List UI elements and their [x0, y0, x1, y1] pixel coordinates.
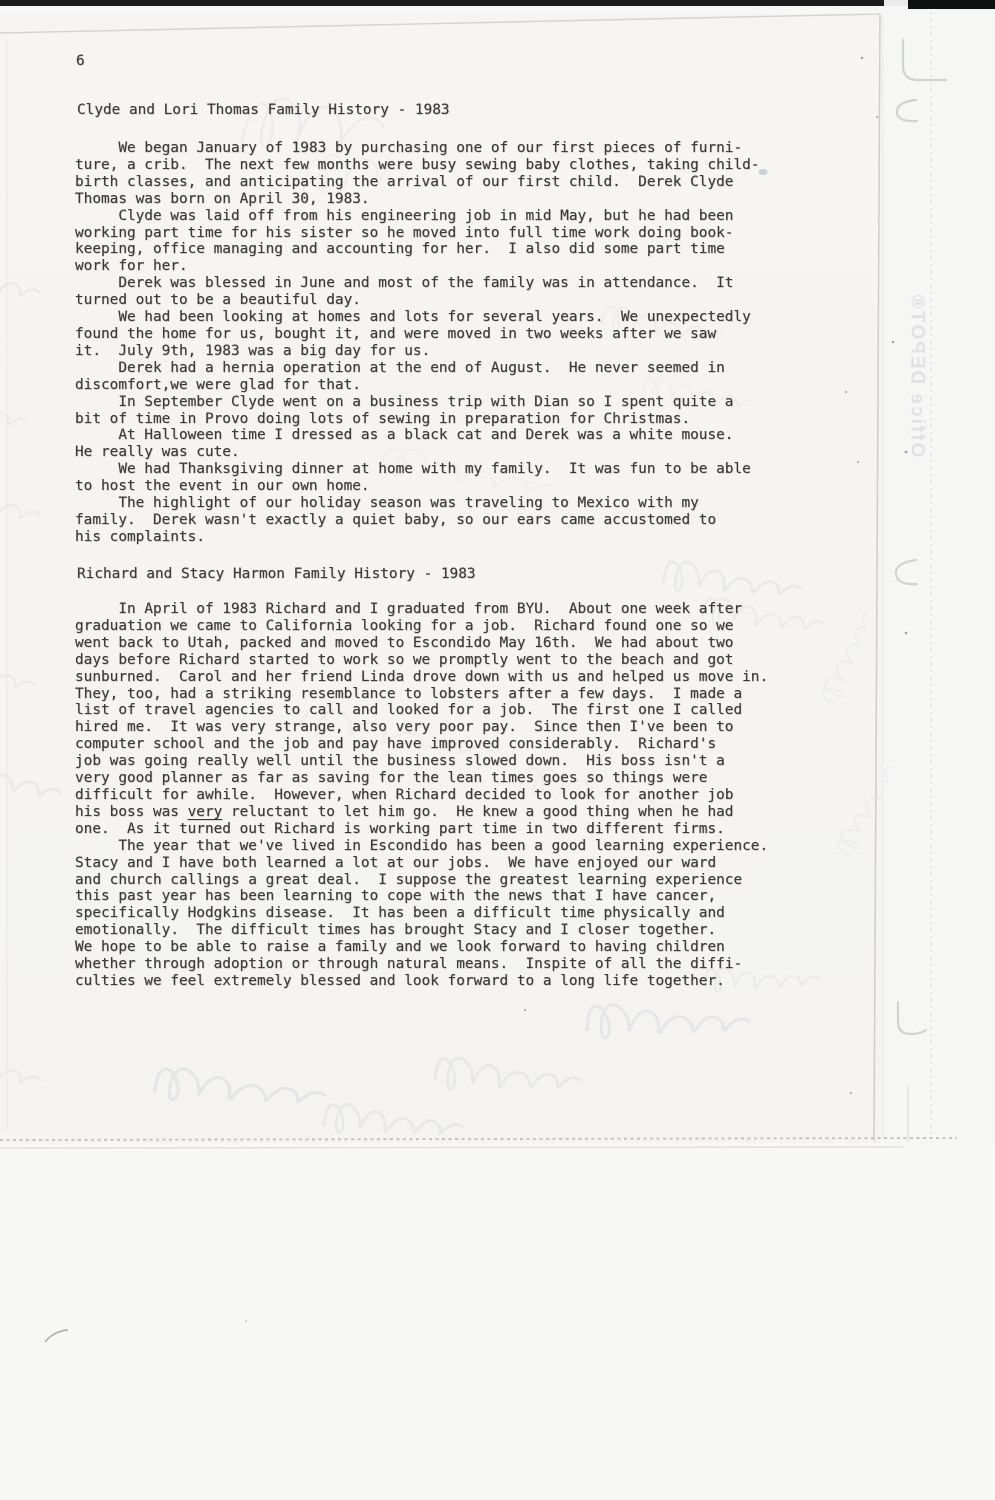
underlined-word: very: [188, 804, 223, 820]
section-title-harmon: Richard and Stacy Harmon Family History …: [77, 566, 476, 583]
section-body-harmon: In April of 1983 Richard and I graduated…: [75, 601, 768, 990]
area-below-perforation: [0, 1143, 995, 1500]
body-harmon-after: reluctant to let him go. He knew a good …: [75, 804, 768, 989]
body-harmon-before: In April of 1983 Richard and I graduated…: [75, 601, 768, 820]
section-body-thomas: We began January of 1983 by purchasing o…: [75, 140, 759, 546]
section-title-thomas: Clyde and Lori Thomas Family History - 1…: [77, 102, 450, 119]
scanner-edge-band: [0, 0, 995, 9]
page-number: 6: [76, 53, 85, 70]
scanned-document: { "page_number": "6", "watermark": "Offi…: [0, 0, 995, 1500]
